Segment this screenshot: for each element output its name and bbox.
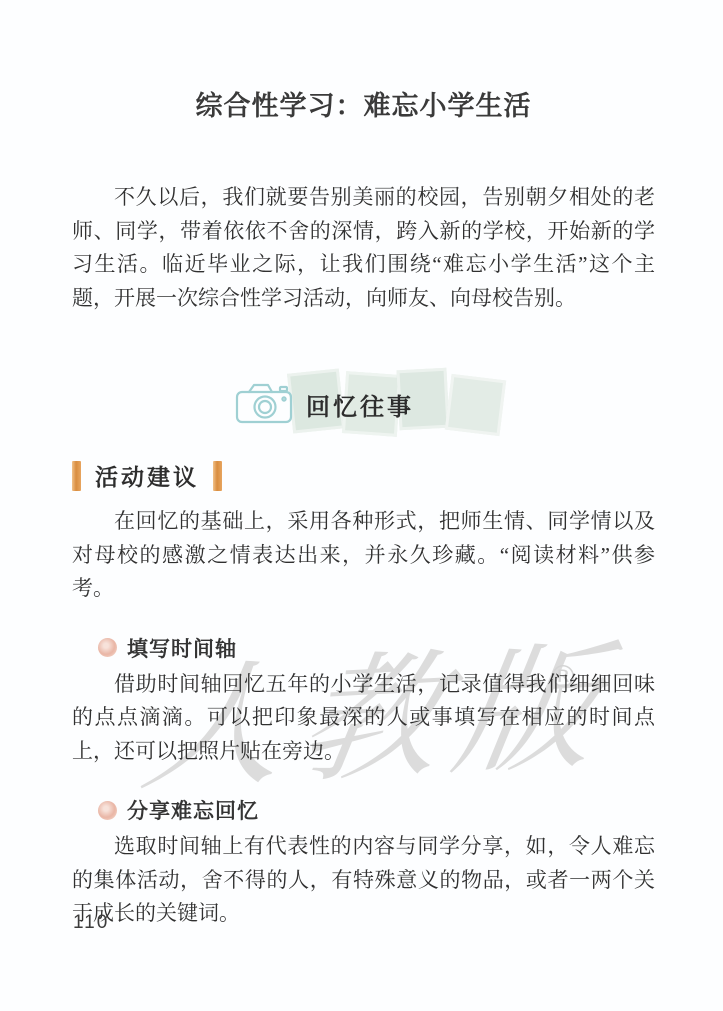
camera-icon <box>234 379 298 432</box>
activity-header-label: 活动建议 <box>95 459 199 492</box>
page-number: 110 <box>73 912 109 934</box>
photo-decor <box>445 374 506 436</box>
ribbon-right-icon <box>213 461 222 491</box>
activity-suggestions-header: 活动建议 <box>72 459 655 492</box>
seal-bullet-icon <box>98 638 117 657</box>
subsection-heading-label: 分享难忘回忆 <box>127 795 259 825</box>
subsection-body-share: 选取时间轴上有代表性的内容与同学分享，如，令人难忘的集体活动，舍不得的人，有特殊… <box>72 830 655 931</box>
activity-intro-paragraph: 在回忆的基础上，采用各种形式，把师生情、同学情以及对母校的感激之情表达出来，并永… <box>72 505 655 606</box>
page-title: 综合性学习：难忘小学生活 <box>72 86 655 126</box>
subsection-heading-timeline: 填写时间轴 <box>98 633 655 663</box>
section-badge-label: 回忆往事 <box>306 387 414 422</box>
textbook-page: 人教版 ® 综合性学习：难忘小学生活 不久以后，我们就要告别美丽的校园，告别朝夕… <box>0 0 723 1011</box>
page-content: 综合性学习：难忘小学生活 不久以后，我们就要告别美丽的校园，告别朝夕相处的老师、… <box>0 0 723 931</box>
subsection-heading-share: 分享难忘回忆 <box>98 795 655 825</box>
ribbon-left-icon <box>72 461 81 491</box>
section-badge-memories: 回忆往事 <box>234 369 514 435</box>
intro-paragraph: 不久以后，我们就要告别美丽的校园，告别朝夕相处的老师、同学，带着依依不舍的深情，… <box>72 181 655 315</box>
subsection-heading-label: 填写时间轴 <box>127 633 237 663</box>
subsection-body-timeline: 借助时间轴回忆五年的小学生活，记录值得我们细细回味的点点滴滴。可以把印象最深的人… <box>72 668 655 769</box>
seal-bullet-icon <box>98 801 117 820</box>
